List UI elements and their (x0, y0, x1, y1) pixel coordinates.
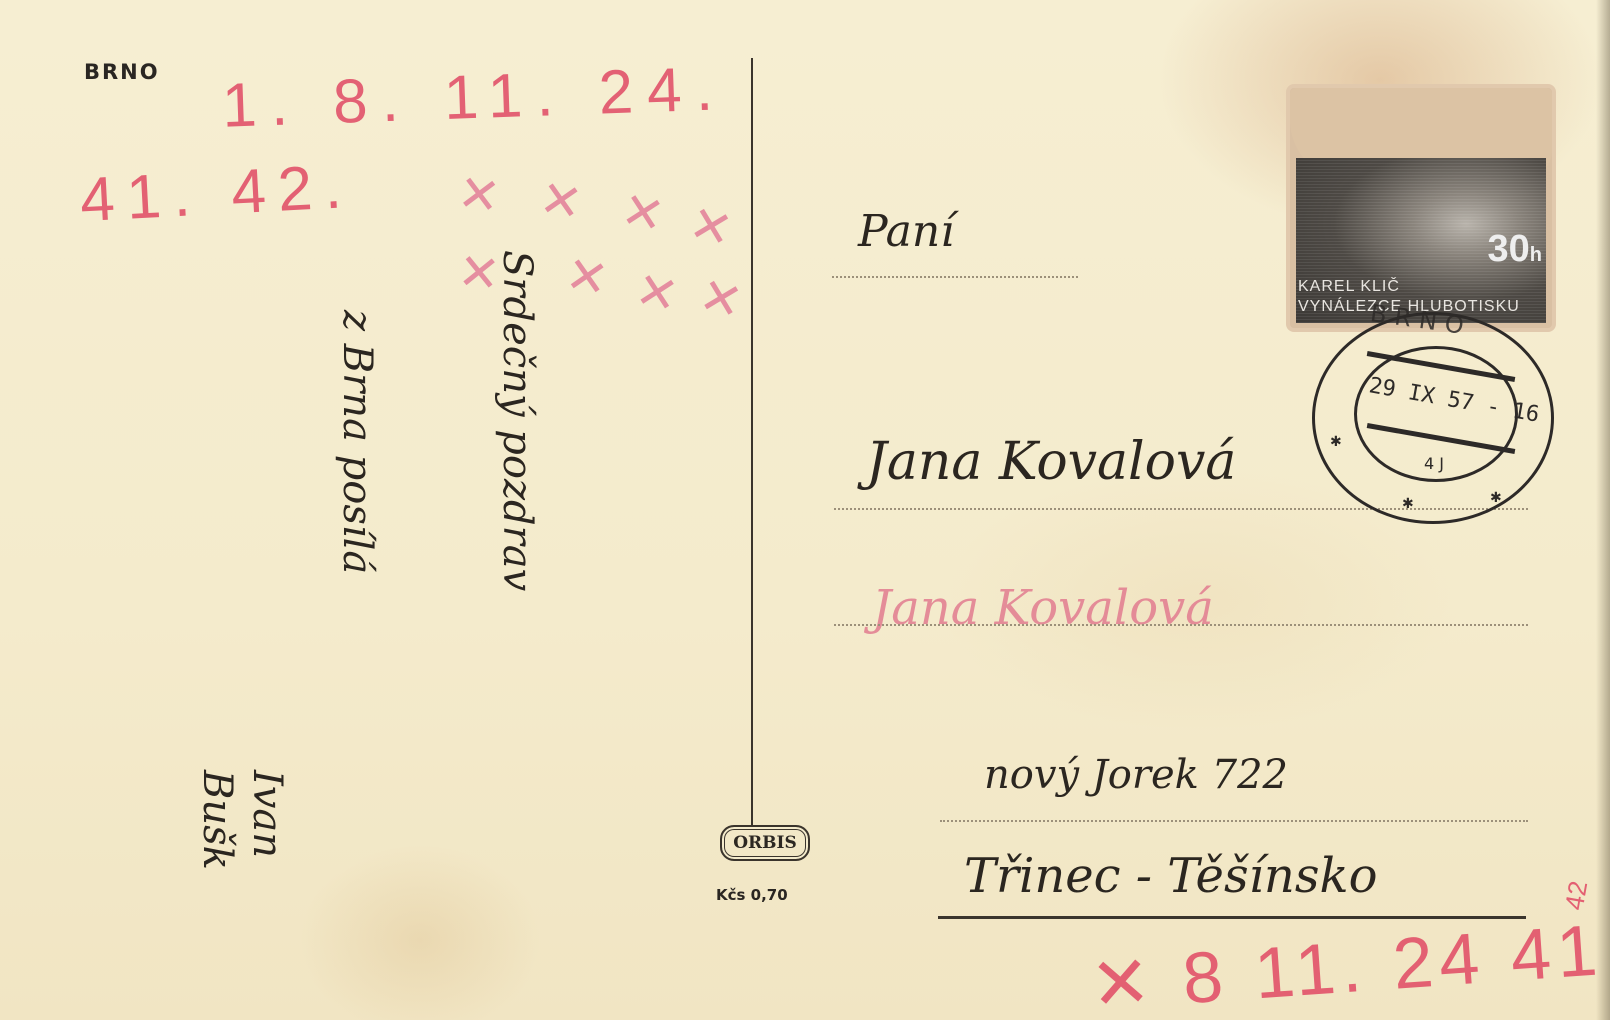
postmark-star-icon: ✱ (1330, 434, 1342, 451)
pencil-cross-icon: ✕ (562, 249, 612, 306)
message-area: Srdečný pozdrav z Brna posílá Ivan Bušk (180, 250, 560, 910)
pencil-numbers-bottom: ✕ 8 11. 24 41 (1088, 907, 1606, 1020)
pencil-number-small: 42 (1559, 879, 1595, 913)
address-dotted-line (940, 820, 1528, 822)
address-dotted-line (834, 624, 1528, 626)
stamp-value: 30h (1488, 228, 1543, 271)
postmark-cancellation: BRNO 29 IX 57 - 16 4 J ✱ ✱ ✱ (1312, 312, 1562, 532)
card-edge-shadow (1596, 0, 1610, 1020)
pencil-cross-icon: ✕ (685, 198, 738, 257)
stamp-value-unit: h (1530, 244, 1542, 266)
publisher-logo: ORBIS (720, 825, 810, 861)
pencil-cross-icon: ✕ (631, 264, 682, 322)
message-line: z Brna posílá (334, 310, 380, 574)
pencil-cross-icon: ✕ (695, 270, 748, 329)
address-town: Třinec - Těšínsko (964, 848, 1377, 904)
pencil-numbers-line-2: 41. 42. (78, 151, 355, 236)
address-name: Jana Kovalová (866, 432, 1236, 492)
postmark-star-icon: ✱ (1402, 496, 1414, 513)
stamp-value-number: 30 (1488, 228, 1530, 270)
address-dotted-line (832, 276, 1078, 278)
address-salutation: Paní (858, 206, 954, 257)
message-line: Bušk (194, 770, 240, 870)
printed-price: Kčs 0,70 (716, 886, 788, 904)
message-line: Srdečný pozdrav (494, 250, 540, 591)
postmark-code: 4 J (1424, 454, 1444, 473)
postcard: BRNO ORBIS Kčs 0,70 1. 8. 11. 24. 41. 42… (0, 0, 1610, 1020)
pencil-crossed-name: Jana Kovalová (872, 580, 1214, 636)
address-street: nový Jorek 722 (984, 752, 1288, 798)
pencil-cross-icon: ✕ (455, 167, 503, 222)
stamp-caption-1: KAREL KLIČ (1298, 278, 1400, 296)
message-line: Ivan (244, 770, 290, 858)
postmark-star-icon: ✱ (1490, 490, 1502, 507)
printed-city-label: BRNO (84, 60, 160, 84)
pencil-numbers-line-1: 1. 8. 11. 24. (221, 53, 728, 142)
pencil-cross-icon: ✕ (617, 184, 668, 242)
postage-stamp: 30h KAREL KLIČ VYNÁLEZCE HLUBOTISKU (1290, 88, 1552, 328)
pencil-cross-icon: ✕ (536, 173, 586, 230)
center-divider-line (751, 58, 753, 830)
address-final-underline (938, 916, 1526, 919)
